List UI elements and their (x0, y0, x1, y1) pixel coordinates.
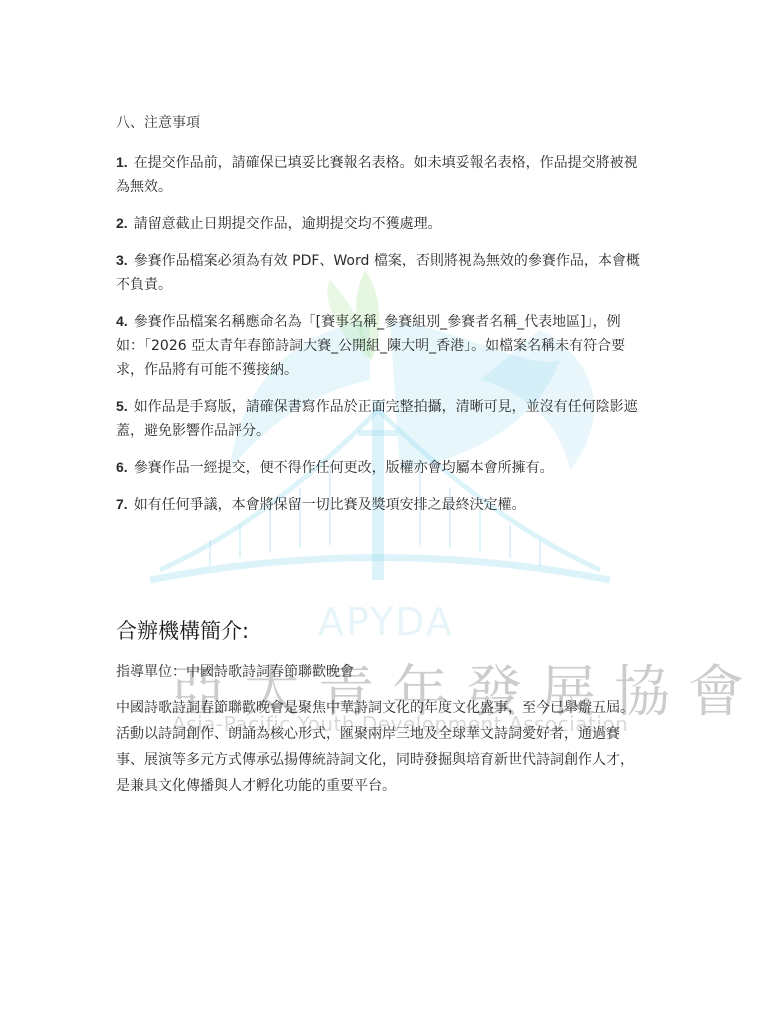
note-item: 7.如有任何爭議，本會將保留一切比賽及獎項安排之最終決定權。 (116, 492, 646, 517)
note-text: 參賽作品檔案名稱應命名為「[賽事名稱_參賽組別_參賽者名稱_代表地區]」，例如：… (116, 314, 625, 378)
organizer-description: 中國詩歌詩詞春節聯歡晚會是聚焦中華詩詞文化的年度文化盛事，至今已舉辦五屆。活動以… (116, 695, 646, 799)
note-text: 參賽作品檔案必須為有效 PDF、Word 檔案，否則將視為無效的參賽作品，本會概… (116, 253, 640, 293)
notes-heading: 八、注意事項 (116, 112, 646, 132)
note-item: 6.參賽作品一經提交，便不得作任何更改，版權亦會均屬本會所擁有。 (116, 455, 646, 480)
note-number: 7. (116, 496, 128, 512)
note-item: 5.如作品是手寫版，請確保書寫作品於正面完整拍攝，清晰可見，並沒有任何陰影遮蓋，… (116, 394, 646, 443)
note-number: 5. (116, 398, 128, 414)
document-body: 八、注意事項 1.在提交作品前，請確保已填妥比賽報名表格。如未填妥報名表格，作品… (116, 112, 646, 799)
note-item: 4.參賽作品檔案名稱應命名為「[賽事名稱_參賽組別_參賽者名稱_代表地區]」，例… (116, 309, 646, 382)
note-item: 2.請留意截止日期提交作品，逾期提交均不獲處理。 (116, 211, 646, 236)
note-number: 4. (116, 313, 128, 329)
note-number: 3. (116, 252, 128, 268)
note-text: 請留意截止日期提交作品，逾期提交均不獲處理。 (134, 216, 442, 232)
note-number: 2. (116, 215, 128, 231)
note-text: 參賽作品一經提交，便不得作任何更改，版權亦會均屬本會所擁有。 (134, 460, 554, 476)
note-text: 如作品是手寫版，請確保書寫作品於正面完整拍攝，清晰可見，並沒有任何陰影遮蓋，避免… (116, 399, 638, 439)
note-text: 如有任何爭議，本會將保留一切比賽及獎項安排之最終決定權。 (134, 497, 526, 513)
note-item: 1.在提交作品前，請確保已填妥比賽報名表格。如未填妥報名表格，作品提交將被視為無… (116, 150, 646, 199)
note-number: 6. (116, 459, 128, 475)
organizer-guide: 指導單位：中國詩歌詩詞春節聯歡晚會 (116, 661, 646, 681)
organizer-title: 合辦機構簡介: (116, 615, 646, 645)
note-text: 在提交作品前，請確保已填妥比賽報名表格。如未填妥報名表格，作品提交將被視為無效。 (116, 155, 638, 195)
note-item: 3.參賽作品檔案必須為有效 PDF、Word 檔案，否則將視為無效的參賽作品，本… (116, 248, 646, 297)
note-number: 1. (116, 154, 128, 170)
